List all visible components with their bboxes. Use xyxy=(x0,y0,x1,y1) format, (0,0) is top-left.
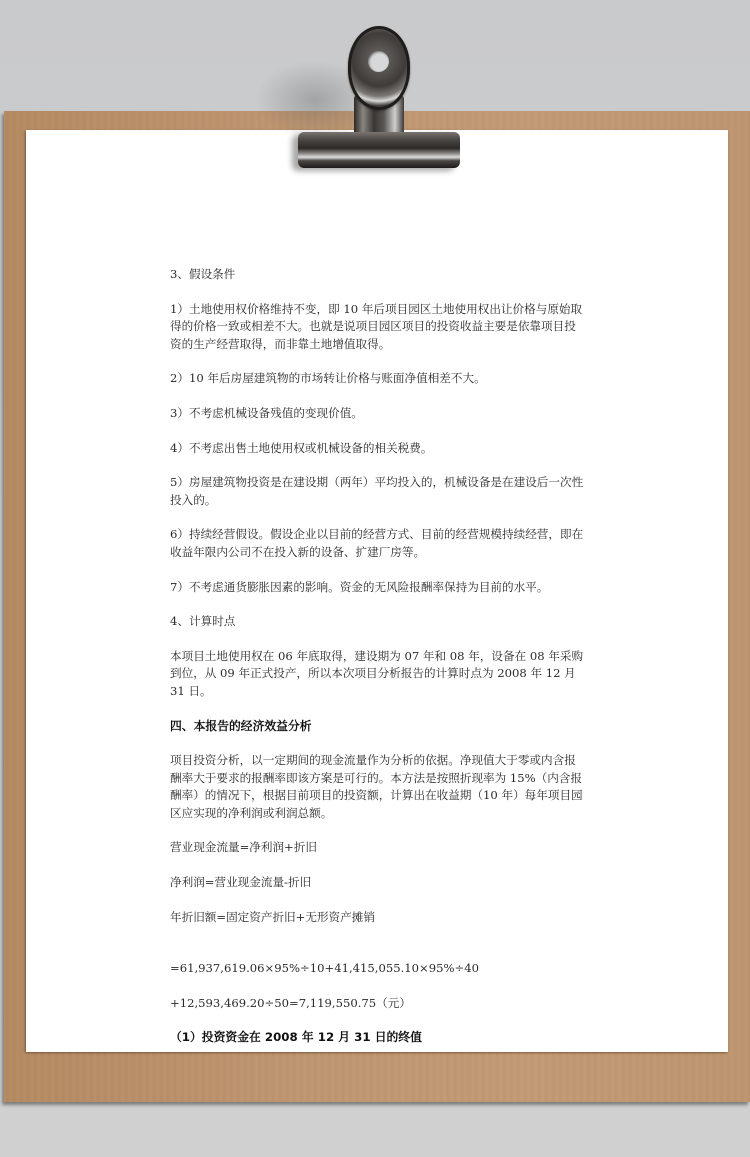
calculation-line-1: =61,937,619.06×95%÷10+41,415,055.10×95%÷… xyxy=(170,960,586,978)
chapter-intro: 项目投资分析，以一定期间的现金流量作为分析的依据。净现值大于零或内含报酬率大于要… xyxy=(170,752,586,822)
assumption-6: 6）持续经营假设。假设企业以目前的经营方式、目前的经营规模持续经营，即在收益年限… xyxy=(170,526,586,561)
assumption-4: 4）不考虑出售土地使用权或机械设备的相关税费。 xyxy=(170,440,586,458)
section-3-title: 3、假设条件 xyxy=(170,266,586,284)
assumption-7: 7）不考虑通货膨胀因素的影响。资金的无风险报酬率保持为目前的水平。 xyxy=(170,579,586,597)
assumption-5: 5）房屋建筑物投资是在建设期（两年）平均投入的，机械设备是在建设后一次性投入的。 xyxy=(170,474,586,509)
section-4-text: 本项目土地使用权在 06 年底取得，建设期为 07 年和 08 年，设备在 08… xyxy=(170,648,586,701)
spacer xyxy=(170,943,586,960)
formula-cash-flow: 营业现金流量=净利润+折旧 xyxy=(170,839,586,857)
assumption-2: 2）10 年后房屋建筑物的市场转让价格与账面净值相差不大。 xyxy=(170,370,586,388)
subheading-terminal-value: （1）投资资金在 2008 年 12 月 31 日的终值 xyxy=(170,1029,586,1047)
section-4-title: 4、计算时点 xyxy=(170,613,586,631)
formula-net-profit: 净利润=营业现金流量-折旧 xyxy=(170,874,586,892)
document-content: 3、假设条件 1）土地使用权价格维持不变，即 10 年后项目园区土地使用权出让价… xyxy=(170,266,586,1064)
calculation-line-2: +12,593,469.20÷50=7,119,550.75（元） xyxy=(170,995,586,1013)
chapter-title: 四、本报告的经济效益分析 xyxy=(170,718,586,736)
assumption-3: 3）不考虑机械设备残值的变现价值。 xyxy=(170,405,586,423)
clip-hole-icon xyxy=(368,51,389,72)
clip-ring-icon xyxy=(348,26,410,110)
paper-sheet: 3、假设条件 1）土地使用权价格维持不变，即 10 年后项目园区土地使用权出让价… xyxy=(26,130,728,1052)
assumption-1: 1）土地使用权价格维持不变，即 10 年后项目园区土地使用权出让价格与原始取得的… xyxy=(170,301,586,354)
formula-depreciation: 年折旧额=固定资产折旧+无形资产摊销 xyxy=(170,909,586,927)
